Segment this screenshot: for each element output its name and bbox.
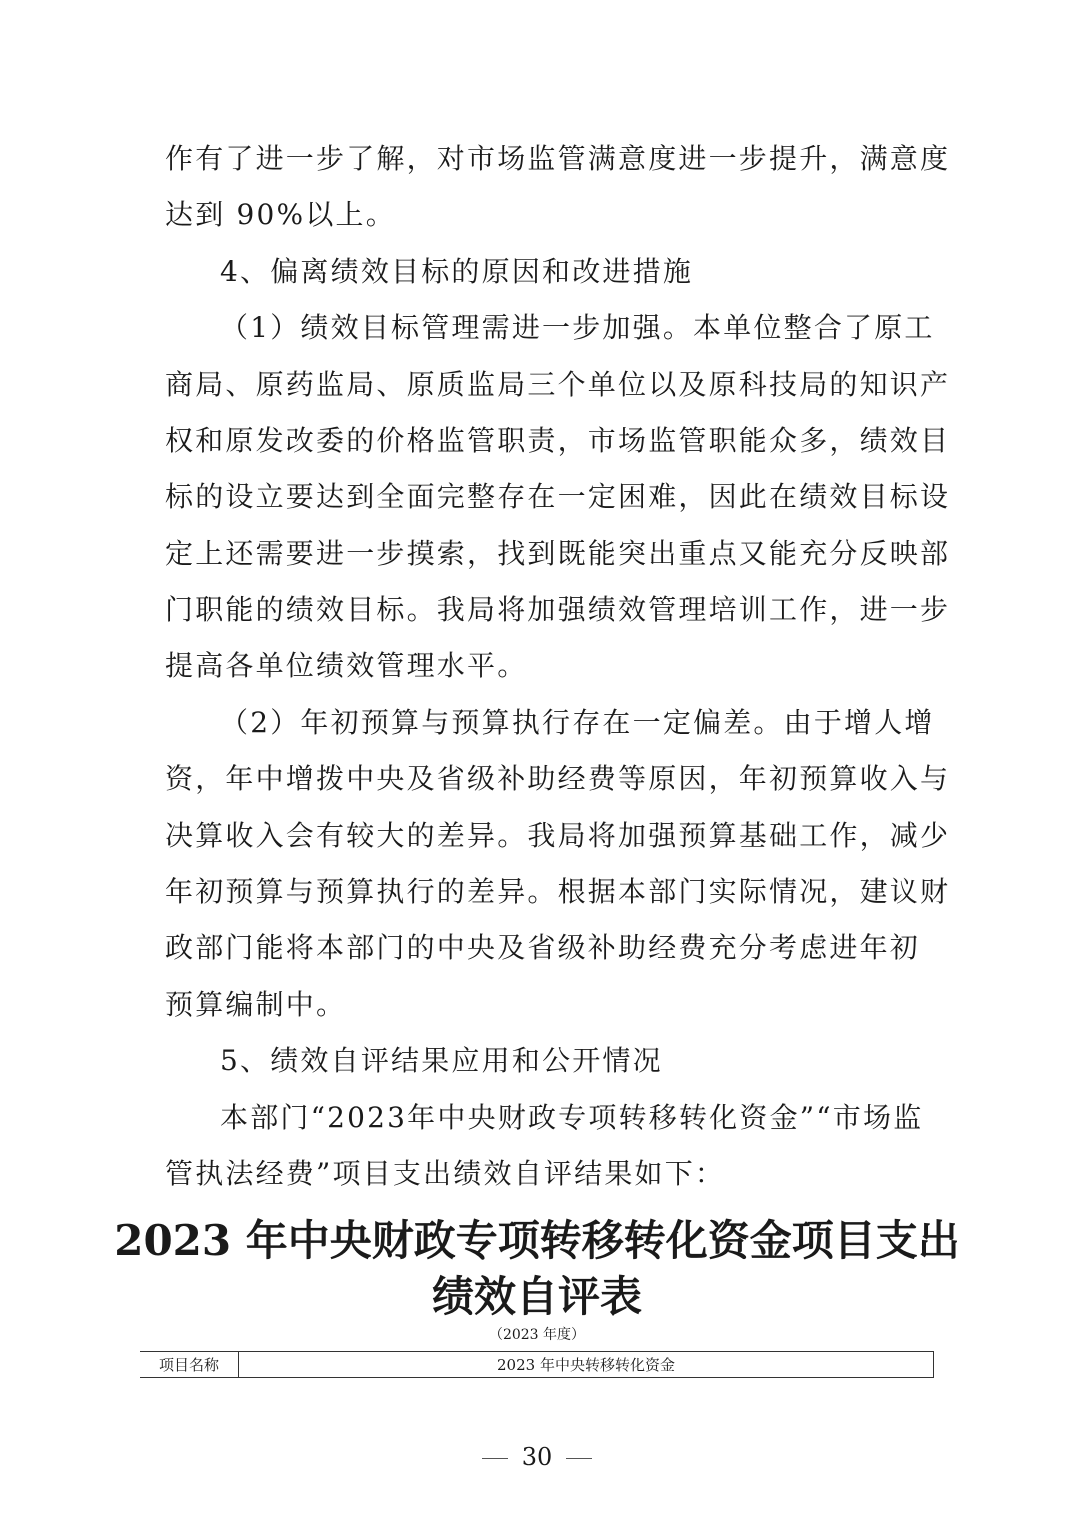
paragraph-2-start: （2）年初预算与预算执行存在一定偏差。由于增人增: [220, 703, 980, 743]
page-number: 30: [522, 1443, 553, 1471]
page-number-footer: 30: [0, 1442, 1074, 1472]
section-heading-4: 4、偏离绩效目标的原因和改进措施: [220, 252, 980, 292]
body-line: 达到 90%以上。: [165, 195, 925, 235]
body-line: 年初预算与预算执行的差异。根据本部门实际情况，建议财: [165, 872, 925, 912]
section-heading-5: 5、绩效自评结果应用和公开情况: [220, 1041, 980, 1081]
body-line: 政部门能将本部门的中央及省级补助经费充分考虑进年初: [165, 928, 925, 968]
evaluation-table: 项目名称 2023 年中央转移转化资金: [140, 1351, 934, 1378]
body-line: 商局、原药监局、原质监局三个单位以及原科技局的知识产: [165, 365, 925, 405]
body-line: 预算编制中。: [165, 985, 925, 1025]
body-line: 作有了进一步了解，对市场监管满意度进一步提升，满意度: [165, 139, 925, 179]
document-page: 作有了进一步了解，对市场监管满意度进一步提升，满意度 达到 90%以上。 4、偏…: [0, 0, 1074, 1520]
body-line: 管执法经费”项目支出绩效自评结果如下：: [165, 1154, 925, 1194]
dash-left: [482, 1458, 508, 1459]
paragraph-3-start: 本部门“2023年中央财政专项转移转化资金”“市场监: [220, 1098, 980, 1138]
table-year: （2023 年度）: [0, 1325, 1074, 1345]
body-line: 权和原发改委的价格监管职责，市场监管职能众多，绩效目: [165, 421, 925, 461]
body-line: 标的设立要达到全面完整存在一定困难，因此在绩效目标设: [165, 477, 925, 517]
body-line: 提高各单位绩效管理水平。: [165, 646, 925, 686]
body-line: 资，年中增拨中央及省级补助经费等原因，年初预算收入与: [165, 759, 925, 799]
table-title-line-2: 绩效自评表: [0, 1269, 1074, 1325]
table-cell-label: 项目名称: [140, 1352, 239, 1377]
table-cell-value: 2023 年中央转移转化资金: [239, 1352, 933, 1377]
body-line: 门职能的绩效目标。我局将加强绩效管理培训工作，进一步: [165, 590, 925, 630]
body-line: 定上还需要进一步摸索，找到既能突出重点又能充分反映部: [165, 534, 925, 574]
paragraph-1-start: （1）绩效目标管理需进一步加强。本单位整合了原工: [220, 308, 980, 348]
dash-right: [566, 1458, 592, 1459]
body-line: 决算收入会有较大的差异。我局将加强预算基础工作，减少: [165, 816, 925, 856]
table-title-line-1: 2023 年中央财政专项转移转化资金项目支出: [0, 1213, 1074, 1269]
